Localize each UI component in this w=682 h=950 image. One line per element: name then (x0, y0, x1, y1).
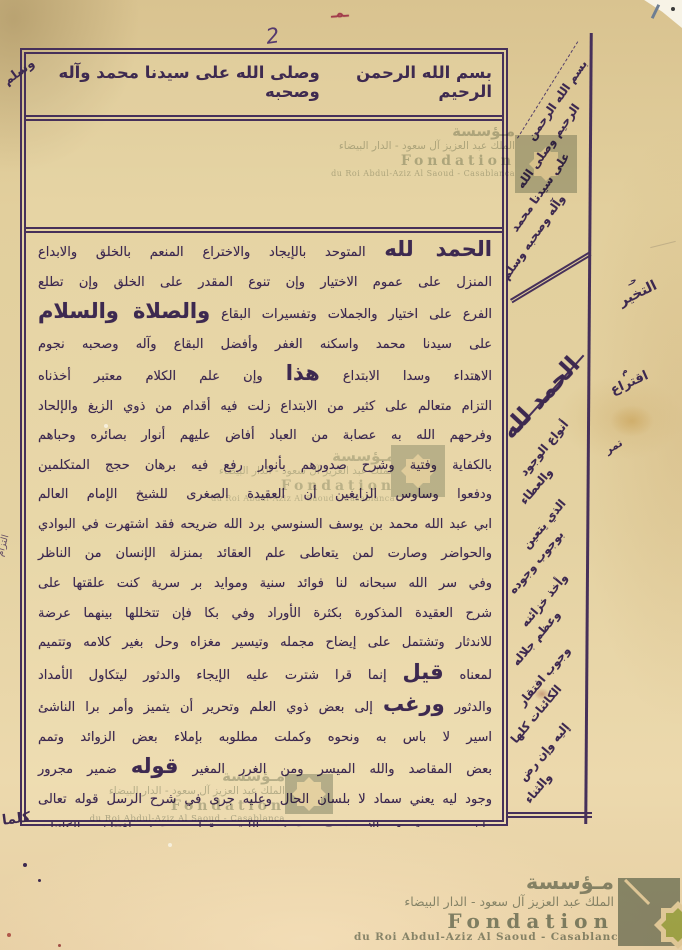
emphasized-word: الحمد لله (384, 237, 492, 261)
manuscript-line: للاندثار وتشتمل على إيضاح مجمله وتيسير م… (38, 628, 492, 658)
header-band: بسم الله الرحمن الرحيم وصلى الله على سيد… (26, 54, 502, 121)
ink-dot (38, 879, 41, 882)
foundation-logo-icon (285, 774, 333, 814)
manuscript-line: المنزل على عموم الاختيار وإن تنوع المقدر… (38, 268, 492, 298)
star-icon (297, 782, 321, 806)
text-segment: المتوحد بالإيجاد والاختراع المنعم بالخلق… (38, 245, 366, 260)
paper-fleck (168, 843, 172, 847)
margin-note-word: حـ التخير (613, 270, 660, 309)
watermark-fondation-label: Fondation (354, 910, 614, 932)
margin-note-word: تمر (601, 434, 624, 456)
text-segment: الفرع على اختيار والجملات وتفسيرات البقا… (221, 307, 492, 322)
text-segment: لمعناه (460, 668, 492, 683)
manuscript-line: لمعناه قيل إنما قرا شترت عليه الإيجاء وا… (38, 658, 492, 691)
foundation-logo-icon (515, 135, 577, 193)
left-vertical-note: التزام (0, 533, 11, 557)
foundation-watermark-bottom-inside: مـؤسسة الملك عبد العزيز آل سعود - الدار … (85, 768, 285, 824)
foundation-watermark-middle: مـؤسسة الملك عبد العزيز آل سعود - الدار … (205, 448, 395, 504)
margin-note-text: تمر (602, 436, 624, 456)
foundation-watermark-top: مـؤسسة الملك عبد العزيز آل سعود - الدار … (305, 123, 515, 179)
emphasized-word: والصلاة والسلام (38, 299, 210, 323)
watermark-arabic-subtitle: الملك عبد العزيز آل سعود - الدار البيضاء (205, 465, 395, 478)
text-segment: إلى بعض ذوي العلم وتحرير أن يتميز وأمر ب… (38, 700, 373, 715)
watermark-arabic-subtitle: الملك عبد العزيز آل سعود - الدار البيضاء (85, 785, 285, 798)
red-stamp-mark: ـمـ (330, 5, 349, 21)
torn-corner (638, 0, 682, 28)
watermark-arabic-title: مـؤسسة (305, 123, 515, 140)
watermark-arabic-subtitle: الملك عبد العزيز آل سعود - الدار البيضاء (354, 894, 614, 910)
ink-dot (23, 863, 27, 867)
emphasized-word: هذا (286, 361, 320, 385)
manuscript-line: والدثور ورغب إلى بعض ذوي العلم وتحرير أن… (38, 690, 492, 723)
watermark-fondation-label: Fondation (305, 153, 515, 169)
star-icon (534, 152, 558, 176)
red-speck (7, 933, 11, 937)
manuscript-body-text: الحمد لله المتوحد بالإيجاد والاختراع الم… (26, 233, 502, 827)
watermark-fondation-label: Fondation (85, 798, 285, 814)
pencil-scratch (650, 241, 675, 248)
paper-stain (610, 405, 654, 437)
paper-fleck (104, 424, 108, 428)
watermark-fondation-label: Fondation (205, 478, 395, 494)
watermark-french-subtitle: du Roi Abdul-Aziz Al Saoud - Casablanca (354, 932, 614, 942)
foundation-logo-icon (391, 445, 445, 497)
page-number: 2 (264, 23, 281, 49)
manuscript-line: الفرع على اختيار والجملات وتفسيرات البقا… (38, 297, 492, 330)
watermark-arabic-subtitle: الملك عبد العزيز آل سعود - الدار البيضاء (305, 140, 515, 153)
manuscript-line: الاهتداء وسدا الابتداع هذا وإن علم الكلا… (38, 359, 492, 392)
watermark-arabic-title: مـؤسسة (205, 448, 395, 465)
salat-on-prophet: وصلى الله على سيدنا محمد وآله وصحبه (36, 63, 320, 101)
manuscript-line: على سيدنا محمد واسكنه الغفر وأفضل البقاع… (38, 330, 492, 360)
manuscript-line: والحواضر وصارت لمن يتعاطى علم العقائد بم… (38, 539, 492, 569)
logo-slash (624, 879, 650, 905)
star-icon (666, 913, 682, 937)
watermark-arabic-title: مـؤسسة (85, 768, 285, 785)
text-segment: وإن علم الكلام معتبر أخذناه (38, 369, 263, 384)
text-segment: والدثور (455, 700, 492, 715)
manuscript-line: التزام متعالم على كثير من الابتداع زلت ف… (38, 392, 492, 422)
watermark-arabic-title: مـؤسسة (354, 870, 614, 894)
manuscript-line: وفي سر الله سبحانه لنا فوائد سنية وموايد… (38, 569, 492, 599)
emphasized-word: ورغب (383, 692, 445, 716)
corner-ink-dot (671, 7, 675, 11)
basmala-right: بسم الله الرحمن الرحيم (320, 63, 492, 101)
manuscript-line: اسير لا باس به ونحوه وكملت مطلوبه بإملاء… (38, 723, 492, 753)
watermark-french-subtitle: du Roi Abdul-Aziz Al Saoud - Casablanca (205, 494, 395, 504)
text-segment: الاهتداء وسدا الابتداع (343, 369, 492, 384)
margin-column-border (584, 33, 593, 824)
corner-tear-mark (651, 4, 660, 19)
margin-note-word: م اقتراع (605, 361, 651, 398)
foundation-logo-icon (618, 878, 680, 946)
foundation-watermark-bottom-right: مـؤسسة الملك عبد العزيز آل سعود - الدار … (354, 870, 614, 942)
manuscript-page: ـمـ 2 بسم الله الرحمن الرحيم وصلى الله ع… (0, 0, 682, 950)
text-segment: إنما قرا شترت عليه الإيجاء والدثور ليتكا… (38, 668, 387, 683)
star-icon (406, 459, 430, 483)
manuscript-line: ابي عبد الله محمد بن يوسف السنوسي برد ال… (38, 510, 492, 540)
watermark-french-subtitle: du Roi Abdul-Aziz Al Saoud - Casablanca (305, 169, 515, 179)
ink-smudge (534, 688, 550, 700)
emphasized-word: قيل (403, 660, 444, 684)
manuscript-line: شرح العقيدة المذكورة بكثرة الأوراد وفي ب… (38, 599, 492, 629)
red-speck (58, 944, 61, 947)
manuscript-line: الحمد لله المتوحد بالإيجاد والاختراع الم… (38, 235, 492, 268)
watermark-french-subtitle: du Roi Abdul-Aziz Al Saoud - Casablanca (85, 814, 285, 824)
